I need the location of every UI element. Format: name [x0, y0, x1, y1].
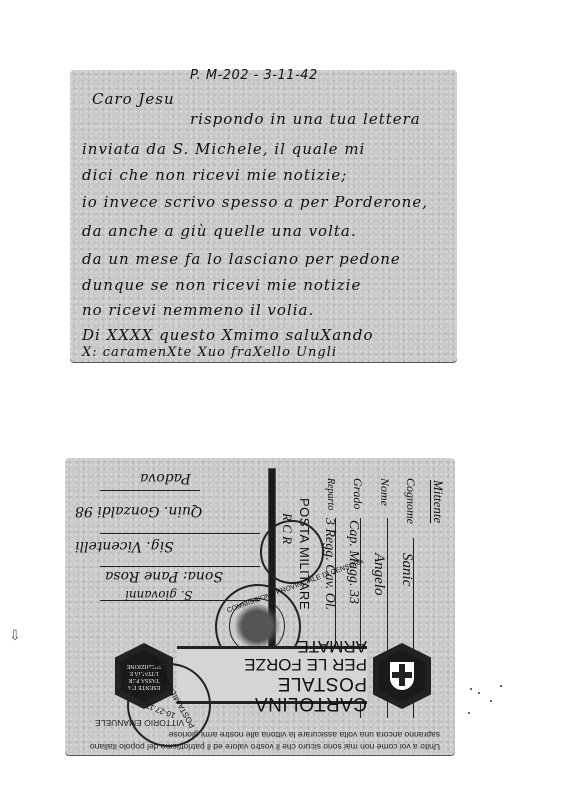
address-text: Padova — [140, 470, 191, 486]
field-label-nome: Nome — [377, 478, 392, 506]
sender-heading: Mittente — [430, 480, 446, 523]
small-postmark — [260, 520, 324, 584]
letter-line: da un mese fa lo lasciano per pedone — [82, 250, 401, 268]
address-line — [100, 566, 260, 567]
field-label-cognome: Cognome — [403, 478, 418, 524]
field-value-reparto: 3 Regg. Cav. Ol. — [321, 518, 337, 610]
letter-line: rispondo in una tua lettera — [190, 110, 421, 128]
letter-line: dici che non ricevi mie notizie; — [82, 166, 347, 184]
scan-speck — [470, 688, 472, 690]
letter-line: da anche a giù quelle una volta. — [82, 222, 357, 240]
savoy-crest-hexagon — [373, 643, 431, 709]
scan-speck — [490, 700, 492, 702]
banner-subtitle: PER LE FORZE ARMATE — [177, 637, 367, 673]
scan-speck — [478, 692, 480, 694]
savoy-cross-icon — [390, 662, 414, 690]
letter-line: io invece scrivo spesso a per Porderone, — [82, 193, 428, 211]
address-text: Quin. Gonzaldi 98 — [75, 503, 202, 519]
scan-speck — [500, 685, 502, 687]
footer-signature: VITTORIO EMANUELE — [95, 718, 440, 728]
address-text: Sona: Pane Rosa — [105, 568, 223, 584]
address-text: S. giovanni — [125, 588, 192, 602]
letter-line: dunque se non ricevi mie notizie — [82, 276, 361, 294]
address-line — [100, 490, 200, 491]
field-value-nome: Angelo — [370, 553, 387, 596]
letter-greeting: Caro Jesu — [92, 90, 175, 108]
field-label-reparto: Reparto — [325, 478, 336, 510]
address-text: Sig. Vicentelli — [75, 538, 174, 554]
field-label-grado: Grado — [350, 478, 365, 509]
scan-speck — [468, 712, 470, 714]
archive-reference: P. M-202 - 3-11-42 — [190, 68, 318, 83]
footer-line-1: Unito a voi come non mai sono sicuro che… — [95, 742, 440, 752]
letter-line: no ricevi nemmeno il volia. — [82, 301, 314, 319]
footer-line-2: sapranno ancora una volta assicurare la … — [95, 730, 440, 740]
postcard-content: Mittente Cognome Sanic Nome Angelo Grado… — [65, 458, 455, 755]
margin-arrow-icon: ⇩ — [9, 628, 21, 644]
letter-line: Di XXXX questo Xmimo saluXando — [82, 326, 373, 344]
address-line — [100, 533, 260, 534]
letter-line: X: caramenXte Xuo fraXello Ungli — [82, 345, 337, 360]
field-value-cognome: Sanic — [398, 553, 415, 586]
postcard: Mittente Cognome Sanic Nome Angelo Grado… — [65, 458, 455, 755]
letter-line: inviata da S. Michele, il quale mi — [82, 140, 365, 158]
